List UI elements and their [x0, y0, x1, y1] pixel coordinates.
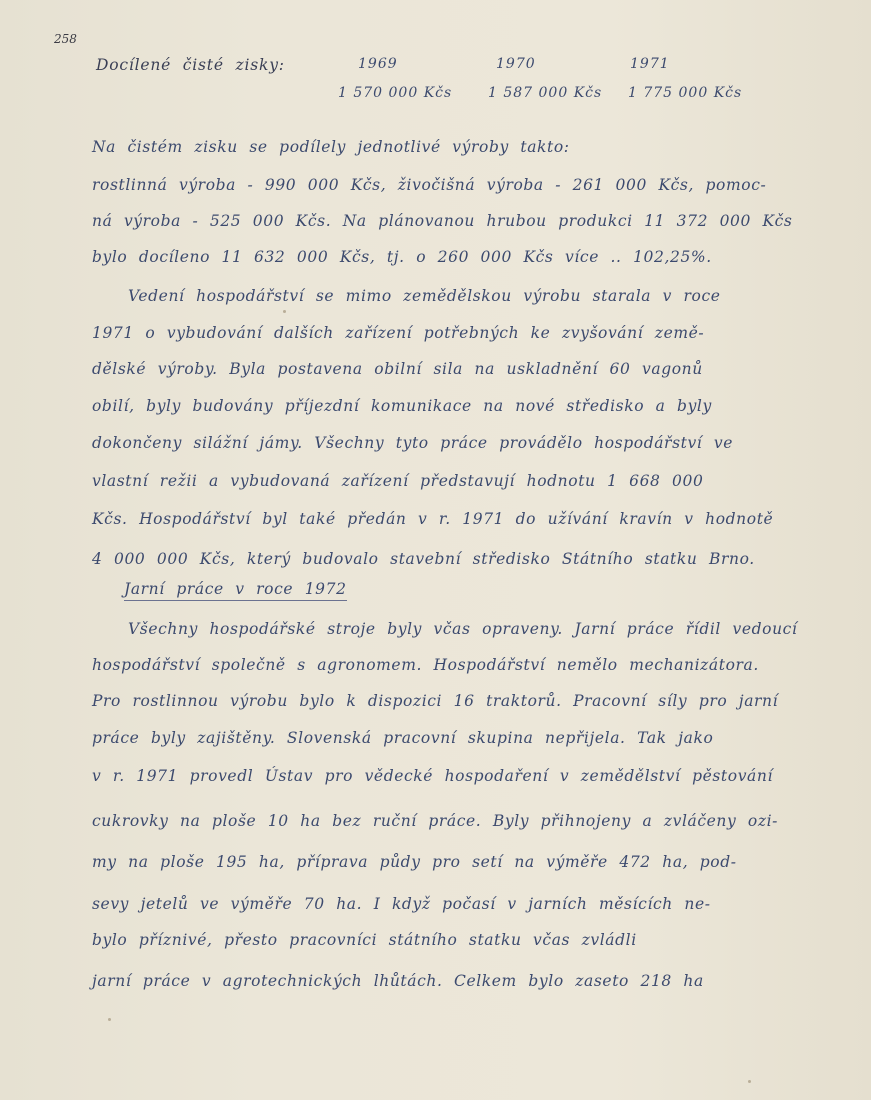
amount-1971: 1 775 000 Kčs [628, 85, 742, 101]
text-line: Na čistém zisku se podílely jednotlivé v… [92, 138, 570, 156]
paper-speck [283, 310, 286, 313]
text-line: Pro rostlinnou výrobu bylo k dispozici 1… [92, 692, 778, 710]
section-heading: Jarní práce v roce 1972 [124, 580, 347, 601]
text-line: sevy jetelů ve výměře 70 ha. I když poča… [92, 895, 711, 913]
amount-1970: 1 587 000 Kčs [488, 85, 602, 101]
paper-speck [108, 1018, 111, 1021]
profit-label: Docílené čisté zisky: [96, 56, 285, 74]
paper-speck [748, 1080, 751, 1083]
text-line: ná výroba - 525 000 Kčs. Na plánovanou h… [92, 212, 793, 230]
text-line: bylo docíleno 11 632 000 Kčs, tj. o 260 … [92, 248, 712, 266]
text-line: Vedení hospodářství se mimo zemědělskou … [128, 287, 721, 305]
text-line: práce byly zajištěny. Slovenská pracovní… [92, 729, 713, 747]
text-line: my na ploše 195 ha, příprava půdy pro se… [92, 853, 737, 871]
year-1969: 1969 [358, 56, 398, 72]
text-line: 1971 o vybudování dalších zařízení potře… [92, 324, 704, 342]
year-1971: 1971 [630, 56, 670, 72]
manuscript-page: 258 Docílené čisté zisky: 1969 1970 1971… [0, 0, 871, 1100]
text-line: cukrovky na ploše 10 ha bez ruční práce.… [92, 812, 778, 830]
text-line: bylo příznivé, přesto pracovníci státníh… [92, 931, 637, 949]
text-line: obilí, byly budovány příjezdní komunikac… [92, 397, 712, 415]
text-line: rostlinná výroba - 990 000 Kčs, živočišn… [92, 176, 766, 194]
text-line: vlastní režii a vybudovaná zařízení před… [92, 472, 703, 490]
text-line: v r. 1971 provedl Ústav pro vědecké hosp… [92, 767, 773, 785]
year-1970: 1970 [496, 56, 536, 72]
text-line: jarní práce v agrotechnických lhůtách. C… [92, 972, 704, 990]
text-line: hospodářství společně s agronomem. Hospo… [92, 656, 759, 674]
text-line: 4 000 000 Kčs, který budovalo stavební s… [92, 550, 755, 568]
text-line: Všechny hospodářské stroje byly včas opr… [128, 620, 798, 638]
text-line: dokončeny silážní jámy. Všechny tyto prá… [92, 434, 733, 452]
page-number: 258 [54, 32, 77, 46]
text-line: dělské výroby. Byla postavena obilní sil… [92, 360, 703, 378]
amount-1969: 1 570 000 Kčs [338, 85, 452, 101]
text-line: Kčs. Hospodářství byl také předán v r. 1… [92, 510, 773, 528]
